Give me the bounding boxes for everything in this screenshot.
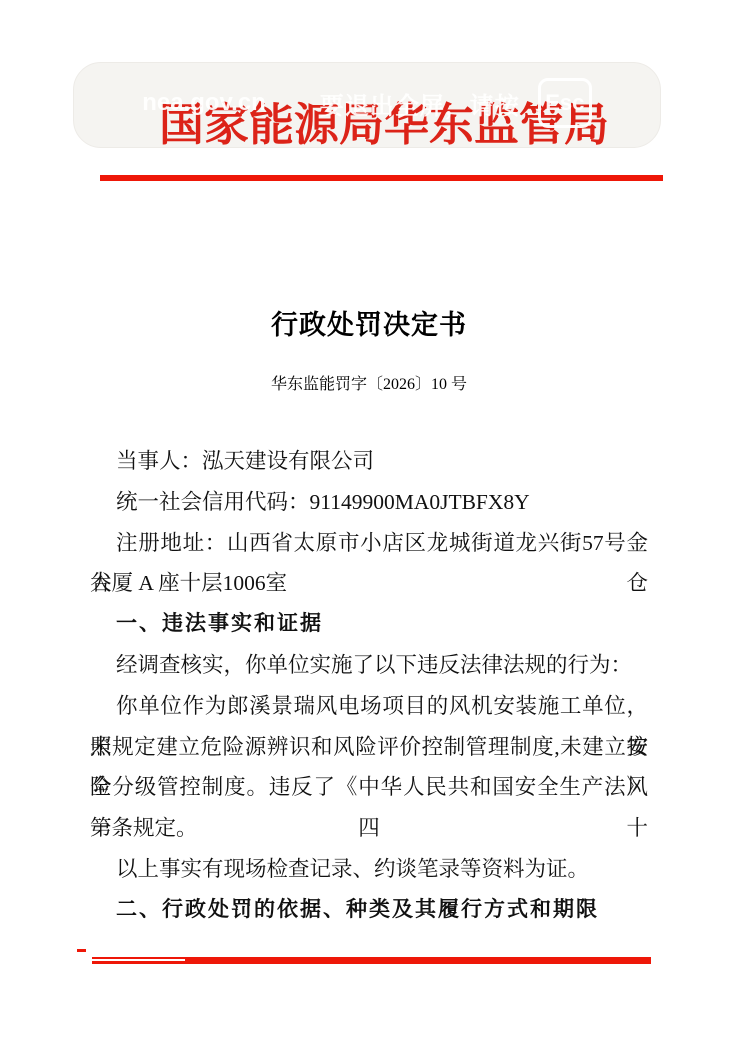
text-line: 你单位作为郎溪景瑞风电场项目的风机安装施工单位，未按 [90,686,648,727]
scan-artifact [77,949,86,952]
agency-title: 国家能源局华东监管局 [85,100,683,152]
section-heading: 一、违法事实和证据 [90,604,648,645]
text-line: 统一社会信用代码：91149900MA0JTBFX8Y [90,482,648,523]
section-heading: 二、行政处罚的依据、种类及其履行方式和期限 [90,890,648,931]
document-body: 当事人：泓天建设有限公司统一社会信用代码：91149900MA0JTBFX8Y注… [90,441,648,931]
document-title: 行政处罚决定书 [0,303,738,342]
text-line: 注册地址：山西省太原市小店区龙城街道龙兴街57号金谷仓 [90,523,648,564]
text-line: 以上事实有现场检查记录、约谈笔录等资料为证。 [90,849,648,890]
text-line: 当事人：泓天建设有限公司 [90,441,648,482]
footer-rule-stripe [92,959,185,961]
text-line: 经调查核实，你单位实施了以下违反法律法规的行为： [90,645,648,686]
header-rule [100,175,663,181]
document-number: 华东监能罚字〔2026〕10 号 [0,371,738,394]
text-line: 照规定建立危险源辨识和风险评价控制管理制度,未建立安全风 [90,727,648,768]
text-line: 险分级管控制度。违反了《中华人民共和国安全生产法》第四十 [90,767,648,808]
document-page: 国家能源局华东监管局 nea.gov.cn 要退出全屏，请按 Esc 行政处罚决… [0,0,738,1047]
footer-rule [92,957,651,964]
